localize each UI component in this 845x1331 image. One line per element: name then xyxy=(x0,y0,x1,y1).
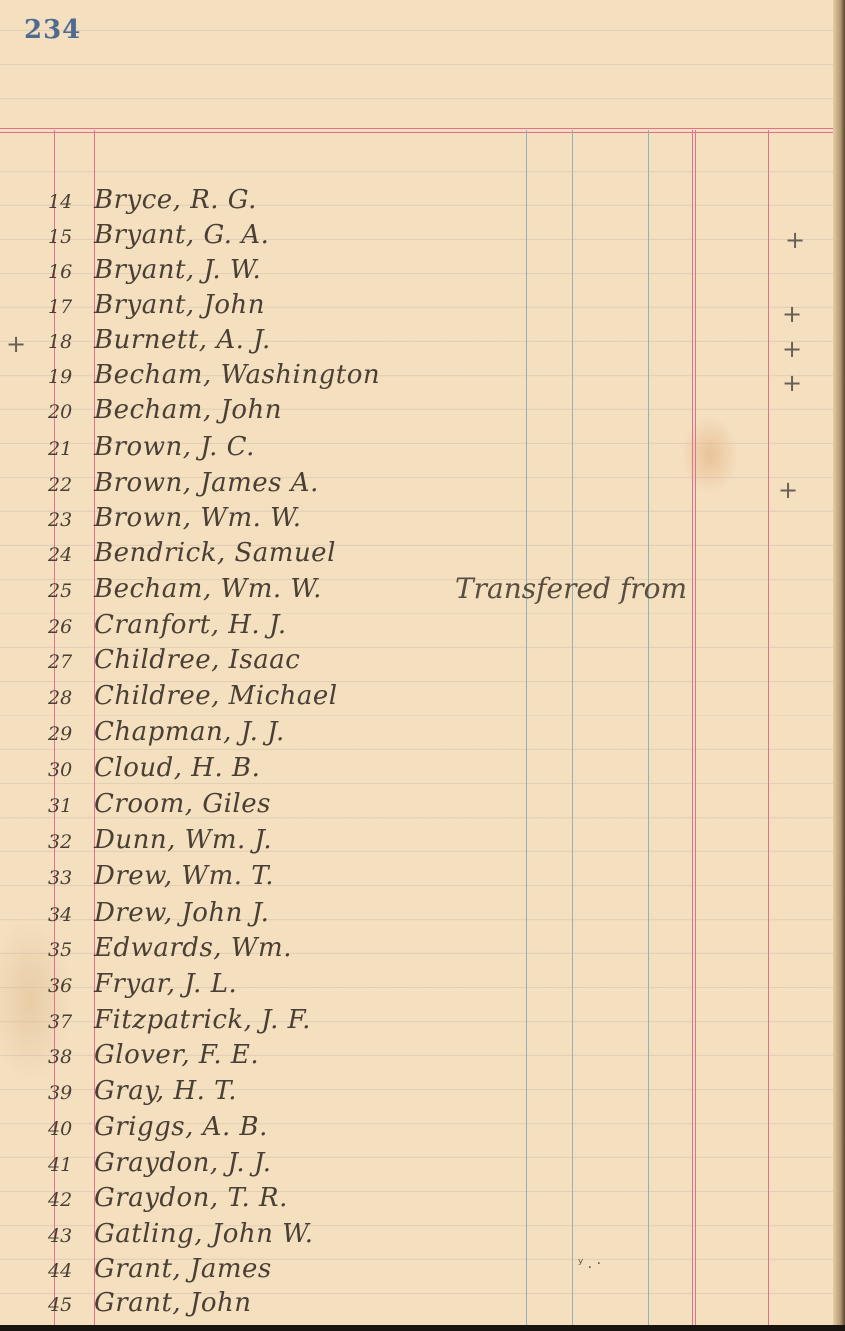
entry-number: 19 xyxy=(48,366,94,388)
entry-number: 31 xyxy=(48,795,94,817)
entry-name: Dunn, Wm. J. xyxy=(94,825,272,855)
entry-number: 32 xyxy=(48,831,94,853)
ledger-entry: 44Grant, James xyxy=(48,1254,272,1288)
ledger-entry: 17Bryant, John xyxy=(48,290,265,324)
cross-mark-17: + xyxy=(782,302,802,326)
ledger-entry: 30Cloud, H. B. xyxy=(48,753,260,787)
column-rule-2 xyxy=(572,130,573,1331)
entry-name: Bryant, John xyxy=(94,290,265,320)
entry-number: 23 xyxy=(48,509,94,531)
transfer-note: Transfered from xyxy=(455,572,687,605)
entry-name: Burnett, A. J. xyxy=(94,325,271,355)
cross-mark-15: + xyxy=(785,228,805,252)
ledger-entry: 42Graydon, T. R. xyxy=(48,1183,288,1217)
entry-number: 22 xyxy=(48,474,94,496)
page-bottom-edge xyxy=(0,1325,845,1331)
column-rule-5 xyxy=(768,130,769,1331)
ledger-entry: 40Griggs, A. B. xyxy=(48,1112,268,1146)
ledger-entry: 32Dunn, Wm. J. xyxy=(48,825,272,859)
entry-name: Bendrick, Samuel xyxy=(94,538,336,568)
entry-name: Gray, H. T. xyxy=(94,1076,237,1106)
ledger-entry: 39Gray, H. T. xyxy=(48,1076,237,1110)
entry-name: Becham, Washington xyxy=(94,360,380,390)
ledger-entry: 33Drew, Wm. T. xyxy=(48,861,274,895)
entry-name: Fitzpatrick, J. F. xyxy=(94,1005,311,1035)
entry-name: Griggs, A. B. xyxy=(94,1112,268,1142)
ledger-entry: 27Childree, Isaac xyxy=(48,645,300,679)
entry-number: 24 xyxy=(48,544,94,566)
entry-name: Drew, John J. xyxy=(94,898,269,928)
entry-number: 17 xyxy=(48,296,94,318)
ledger-entry: 20Becham, John xyxy=(48,395,282,429)
entry-number: 14 xyxy=(48,191,94,213)
entry-name: Croom, Giles xyxy=(94,789,271,819)
entry-name: Childree, Isaac xyxy=(94,645,300,675)
entry-name: Bryant, J. W. xyxy=(94,255,261,285)
ledger-entry: 34Drew, John J. xyxy=(48,898,269,932)
header-rule-bottom xyxy=(0,132,833,133)
entry-name: Drew, Wm. T. xyxy=(94,861,274,891)
entry-number: 43 xyxy=(48,1225,94,1247)
entry-number: 44 xyxy=(48,1260,94,1282)
column-rule-3 xyxy=(648,130,649,1331)
entry-number: 36 xyxy=(48,975,94,997)
entry-number: 30 xyxy=(48,759,94,781)
ledger-entry: 22Brown, James A. xyxy=(48,468,319,502)
ledger-entry: 25Becham, Wm. W. xyxy=(48,574,322,608)
column-rule-4b xyxy=(695,130,696,1331)
header-rule-top xyxy=(0,128,833,129)
ledger-entry: 31Croom, Giles xyxy=(48,789,271,823)
ledger-entry: 28Childree, Michael xyxy=(48,681,338,715)
entry-number: 20 xyxy=(48,401,94,423)
entry-number: 35 xyxy=(48,939,94,961)
entry-number: 25 xyxy=(48,580,94,602)
entry-number: 29 xyxy=(48,723,94,745)
ledger-entry: 43Gatling, John W. xyxy=(48,1219,314,1253)
entry-number: 40 xyxy=(48,1118,94,1140)
ledger-entry: 19Becham, Washington xyxy=(48,360,380,394)
ledger-entry: 18Burnett, A. J. xyxy=(48,325,271,359)
entry-name: Cranfort, H. J. xyxy=(94,610,287,640)
entry-name: Becham, Wm. W. xyxy=(94,574,322,604)
entry-number: 27 xyxy=(48,651,94,673)
column-rule-1 xyxy=(526,130,527,1331)
ledger-entry: 35Edwards, Wm. xyxy=(48,933,292,967)
entry-number: 41 xyxy=(48,1154,94,1176)
entry-number: 37 xyxy=(48,1011,94,1033)
entry-name: Brown, J. C. xyxy=(94,432,255,462)
entry-number: 38 xyxy=(48,1046,94,1068)
page-edge xyxy=(833,0,845,1331)
ledger-entry: 26Cranfort, H. J. xyxy=(48,610,287,644)
entry-name: Bryant, G. A. xyxy=(94,220,269,250)
ledger-entry: 38Glover, F. E. xyxy=(48,1040,259,1074)
entry-name: Grant, John xyxy=(94,1288,252,1318)
entry-name: Brown, James A. xyxy=(94,468,319,498)
page-number: 234 xyxy=(24,15,81,45)
ledger-entry: 29Chapman, J. J. xyxy=(48,717,285,751)
ledger-entry: 37Fitzpatrick, J. F. xyxy=(48,1005,311,1039)
entry-number: 33 xyxy=(48,867,94,889)
entry-number: 26 xyxy=(48,616,94,638)
entry-name: Cloud, H. B. xyxy=(94,753,260,783)
column-rule-4a xyxy=(692,130,693,1331)
ledger-entry: 24Bendrick, Samuel xyxy=(48,538,336,572)
ledger-entry: 41Graydon, J. J. xyxy=(48,1148,272,1182)
entry-number: 21 xyxy=(48,438,94,460)
ledger-entry: 45Grant, John xyxy=(48,1288,252,1322)
ledger-entry: 15Bryant, G. A. xyxy=(48,220,269,254)
entry-name: Gatling, John W. xyxy=(94,1219,314,1249)
entry-number: 18 xyxy=(48,331,94,353)
cross-mark-22: + xyxy=(778,478,798,502)
ledger-page: 234 14Bryce, R. G. 15Bryant, G. A. 16Bry… xyxy=(0,0,845,1331)
entry-number: 39 xyxy=(48,1082,94,1104)
entry-name: Glover, F. E. xyxy=(94,1040,259,1070)
entry-name: Becham, John xyxy=(94,395,282,425)
entry-name: Bryce, R. G. xyxy=(94,185,257,215)
entry-number: 28 xyxy=(48,687,94,709)
entry-number: 16 xyxy=(48,261,94,283)
entry-number: 15 xyxy=(48,226,94,248)
ledger-entry: 23Brown, Wm. W. xyxy=(48,503,302,537)
cross-mark-18: + xyxy=(782,337,802,361)
entry-name: Graydon, T. R. xyxy=(94,1183,288,1213)
entry-number: 42 xyxy=(48,1189,94,1211)
entry-name: Graydon, J. J. xyxy=(94,1148,272,1178)
entry-name: Edwards, Wm. xyxy=(94,933,292,963)
entry-name: Fryar, J. L. xyxy=(94,969,237,999)
entry-number: 34 xyxy=(48,904,94,926)
entry-name: Chapman, J. J. xyxy=(94,717,285,747)
entry-name: Childree, Michael xyxy=(94,681,338,711)
ledger-entry: 36Fryar, J. L. xyxy=(48,969,237,1003)
entry-number: 45 xyxy=(48,1294,94,1316)
ledger-entry: 16Bryant, J. W. xyxy=(48,255,261,289)
ink-speck: ʸ . · xyxy=(578,1256,601,1272)
entry-name: Grant, James xyxy=(94,1254,272,1284)
cross-mark-left-18: + xyxy=(6,332,26,356)
entry-name: Brown, Wm. W. xyxy=(94,503,302,533)
ledger-entry: 14Bryce, R. G. xyxy=(48,185,257,219)
cross-mark-19: + xyxy=(782,371,802,395)
ledger-entry: 21Brown, J. C. xyxy=(48,432,255,466)
